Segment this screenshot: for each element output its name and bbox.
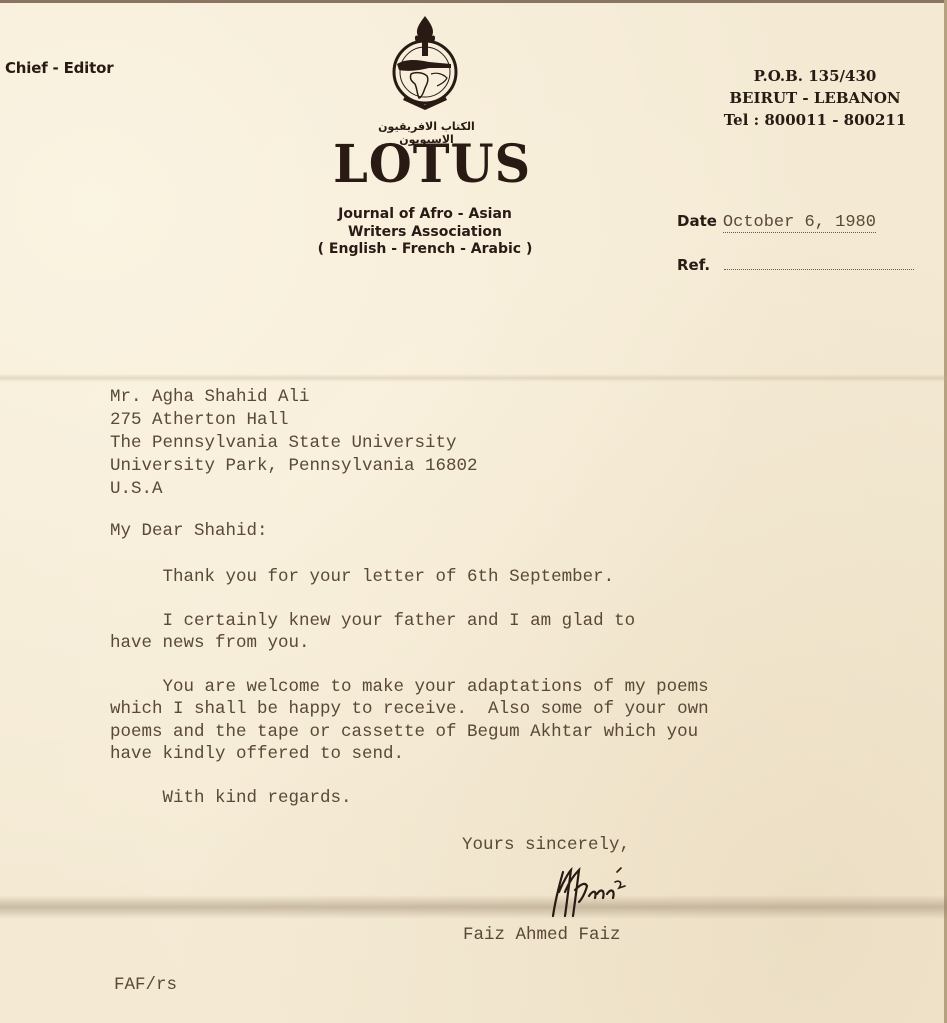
address-line: Tel : 800011 - 800211: [690, 109, 940, 131]
address-line: BEIRUT - LEBANON: [690, 87, 940, 109]
handwritten-signature-icon: [545, 862, 655, 922]
paper-fold-crease: [0, 895, 947, 919]
paper-top-edge: [0, 0, 947, 3]
ref-field: Ref.: [677, 256, 914, 275]
recipient-line: University Park, Pennsylvania 16802: [110, 455, 478, 478]
journal-line: Journal of Afro - Asian: [300, 206, 550, 224]
salutation: My Dear Shahid:: [110, 521, 268, 541]
paragraph-line: poems and the tape or cassette of Begum …: [110, 721, 910, 744]
paragraph: With kind regards.: [110, 787, 910, 810]
recipient-line: Mr. Agha Shahid Ali: [110, 386, 478, 409]
recipient-line: U.S.A: [110, 478, 478, 501]
paragraph: You are welcome to make your adaptations…: [110, 676, 910, 766]
paragraph: I certainly knew your father and I am gl…: [110, 610, 910, 655]
paragraph-line: I certainly knew your father and I am gl…: [110, 610, 910, 633]
letter-body: Thank you for your letter of 6th Septemb…: [110, 566, 910, 830]
closing: Yours sincerely,: [462, 835, 630, 855]
date-value: October 6, 1980: [723, 213, 876, 233]
journal-line: Writers Association: [300, 224, 550, 242]
afro-asian-writers-emblem-icon: [385, 14, 465, 114]
chief-editor-label: Chief - Editor: [5, 59, 113, 77]
signer-name: Faiz Ahmed Faiz: [463, 925, 621, 945]
letter-page: Chief - Editor الكتاب الافريقيون الاسيوي…: [0, 0, 947, 1023]
lotus-logo: LOTUS: [333, 134, 528, 195]
ref-blank-line: [724, 261, 914, 270]
recipient-line: The Pennsylvania State University: [110, 432, 478, 455]
date-field: DateOctober 6, 1980: [677, 212, 876, 232]
paragraph-line: have kindly offered to send.: [110, 743, 910, 766]
recipient-address: Mr. Agha Shahid Ali 275 Atherton Hall Th…: [110, 386, 478, 501]
paragraph-line: With kind regards.: [110, 787, 910, 810]
postal-address: P.O.B. 135/430 BEIRUT - LEBANON Tel : 80…: [690, 65, 940, 131]
reference-initials: FAF/rs: [114, 975, 177, 995]
paragraph-line: have news from you.: [110, 632, 910, 655]
recipient-line: 275 Atherton Hall: [110, 409, 478, 432]
paper-fold-crease: [0, 374, 947, 382]
paragraph: Thank you for your letter of 6th Septemb…: [110, 566, 910, 589]
ref-label: Ref.: [677, 256, 710, 274]
journal-line: ( English - French - Arabic ): [300, 241, 550, 259]
address-line: P.O.B. 135/430: [690, 65, 940, 87]
journal-subtitle: Journal of Afro - Asian Writers Associat…: [300, 206, 550, 259]
date-label: Date: [677, 212, 717, 230]
paragraph-line: which I shall be happy to receive. Also …: [110, 698, 910, 721]
paragraph-line: Thank you for your letter of 6th Septemb…: [110, 566, 910, 589]
paragraph-line: You are welcome to make your adaptations…: [110, 676, 910, 699]
